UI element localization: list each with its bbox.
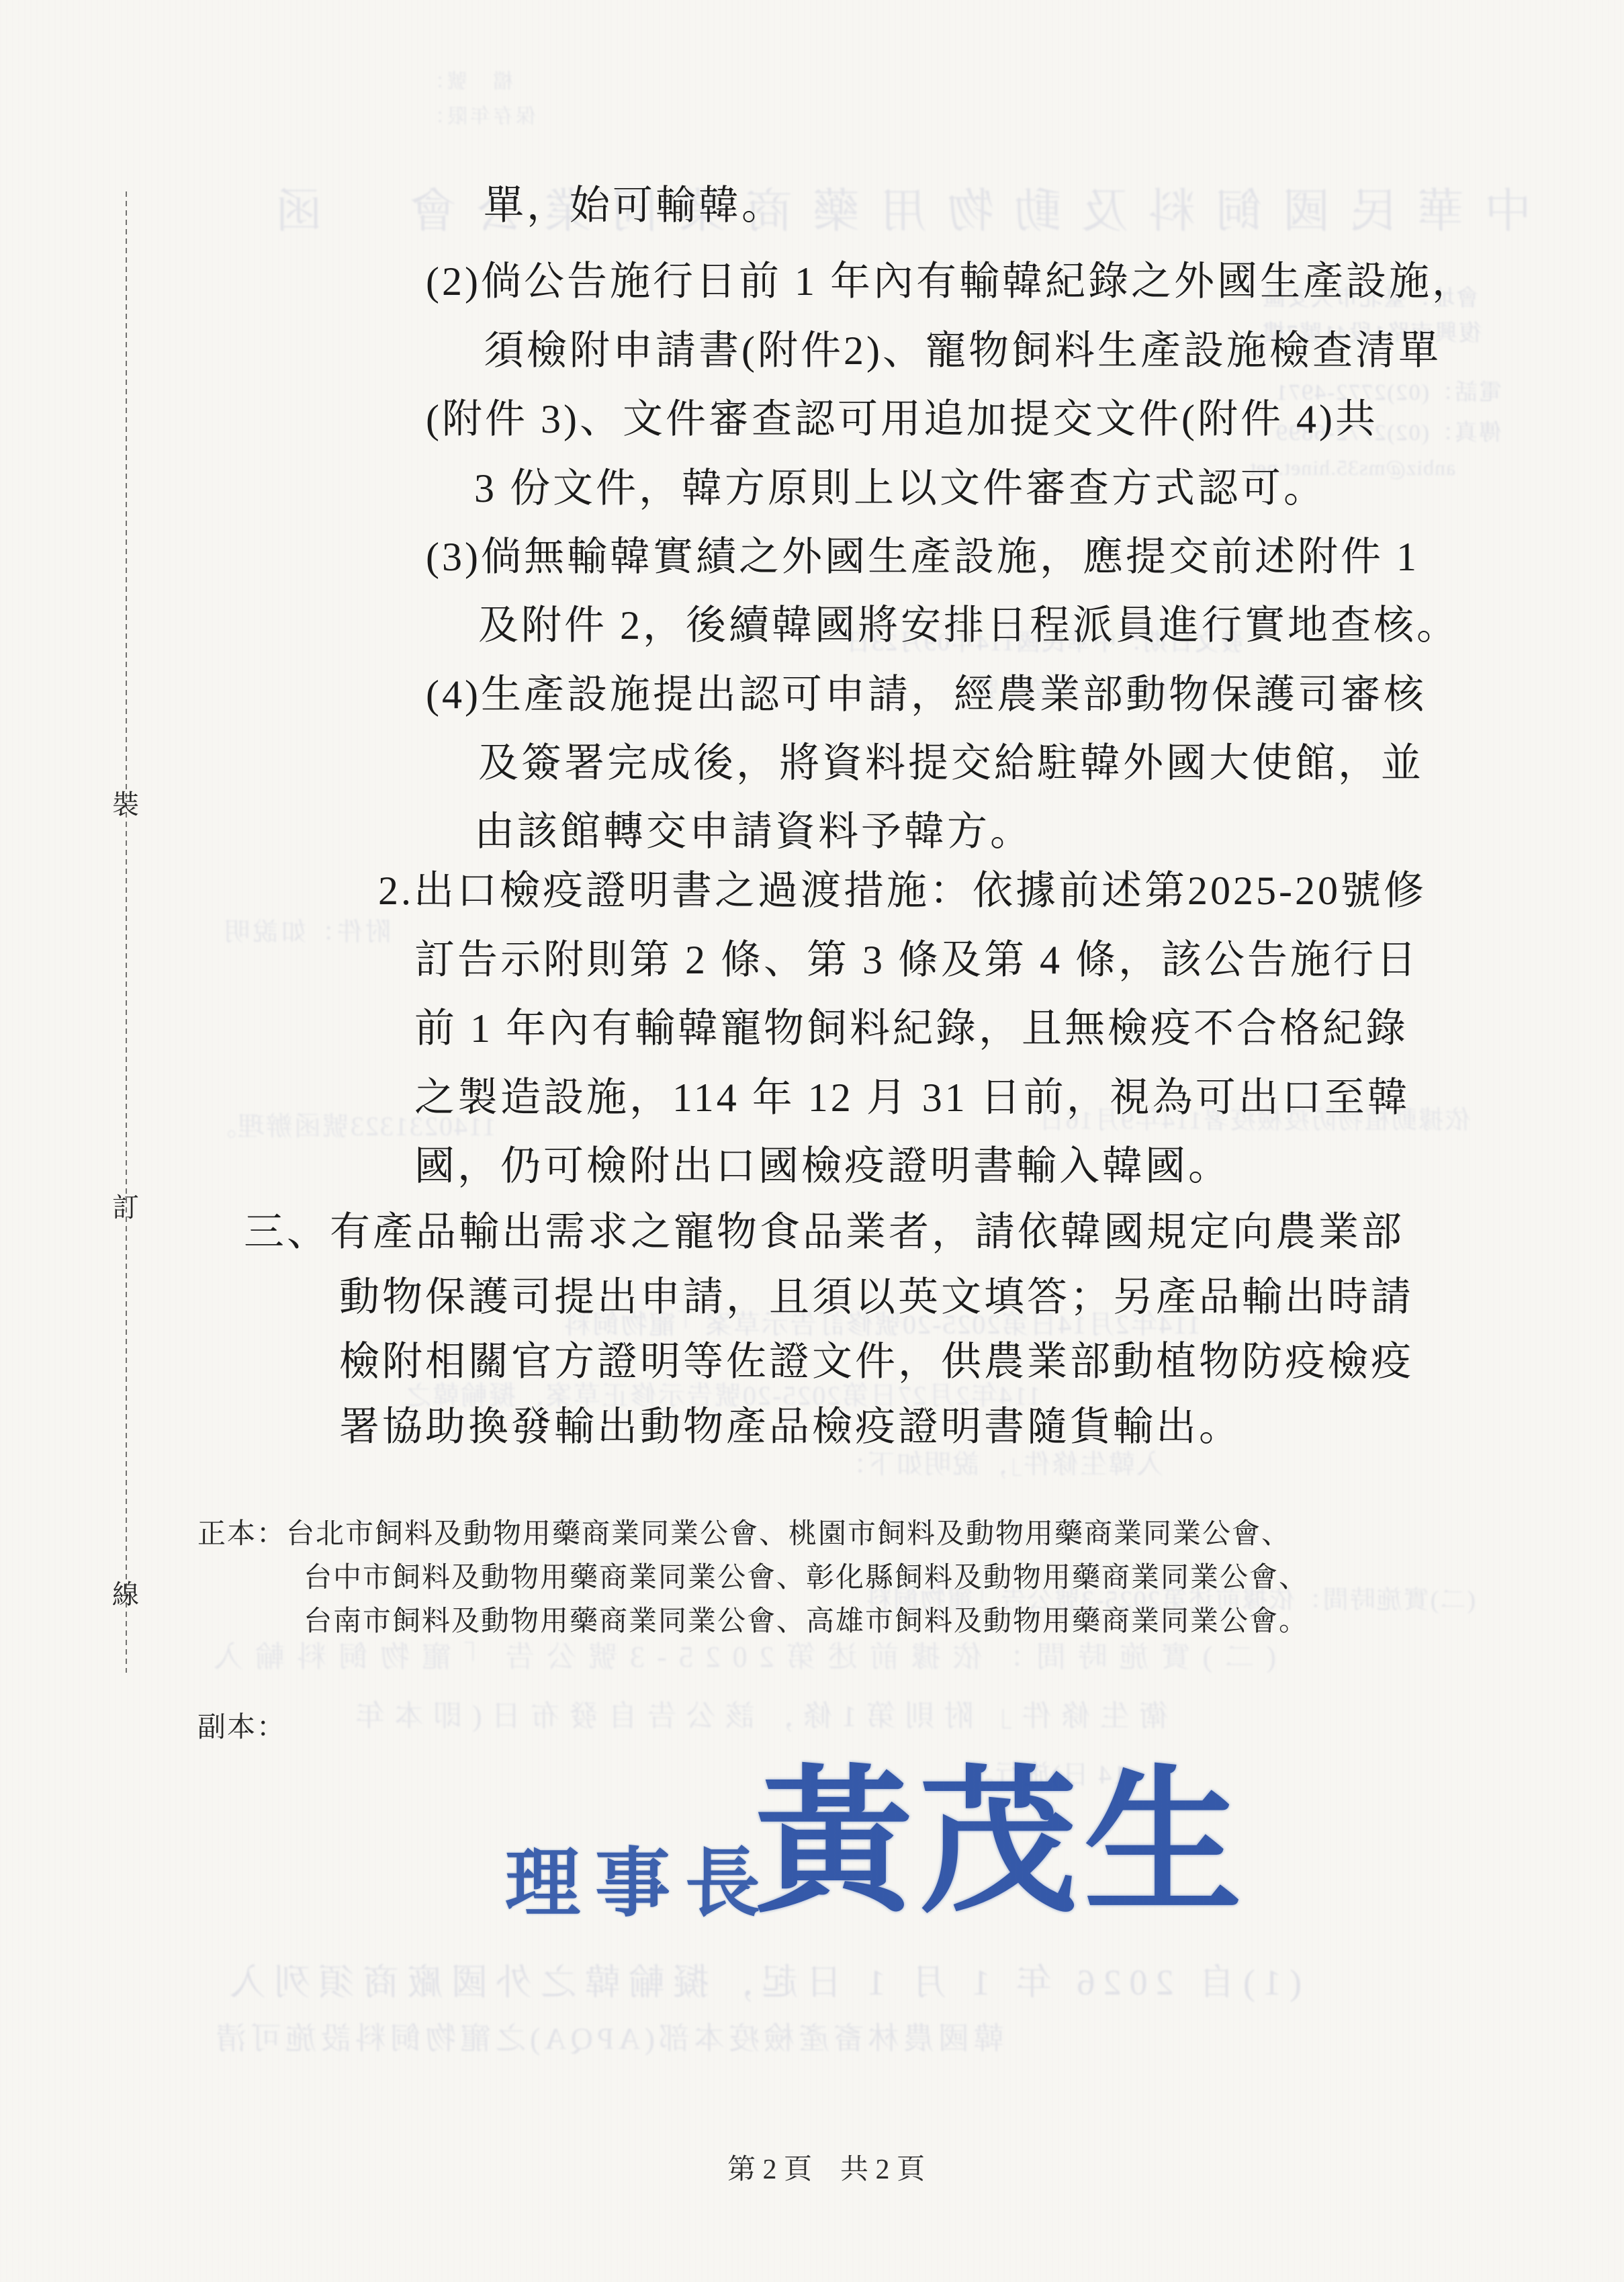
body-text-line: 及附件 2，後續韓國將安排日程派員進行實地查核。 [478, 603, 1459, 649]
page-number-footer: 第 2 頁 共 2 頁 [727, 2147, 925, 2187]
bleed-through-text: 保存年限： [422, 99, 536, 129]
chairman-signature-stamp: 黃茂生 [755, 1757, 1249, 1931]
bleed-through-text: 中華民國飼料及動物用藥商業同業公會 函 [255, 173, 1531, 241]
binding-dashed-line [126, 191, 127, 1673]
body-text-line: (4)生產設施提出認可申請，經農業部動物保護司審核 [426, 672, 1427, 718]
body-text-line: 單，始可輸韓。 [484, 183, 784, 229]
body-text-line: 訂告示附則第 2 條、第 3 條及第 4 條，該公告施行日 [414, 937, 1419, 983]
body-text-line: 須檢附申請書(附件2)、寵物飼料生產設施檢查清單 [484, 328, 1441, 374]
body-text-line: (3)倘無輸韓實績之外國生產設施，應提交前述附件 1 [426, 534, 1419, 580]
original-recipients-line: 台中市飼料及動物用藥商業同業公會、彰化縣飼料及動物用藥商業同業公會、 [304, 1555, 1308, 1595]
body-text-line: 前 1 年內有輸韓寵物飼料紀錄，且無檢疫不合格紀錄 [414, 1006, 1408, 1052]
bleed-through-text: 檔 號： [422, 64, 513, 94]
original-recipients-line: 台南市飼料及動物用藥商業同業公會、高雄市飼料及動物用藥商業同業公會。 [304, 1599, 1308, 1639]
body-text-line: 2.出口檢疫證明書之過渡措施：依據前述第2025-20號修 [378, 868, 1427, 914]
body-text-line: 之製造設施，114 年 12 月 31 日前，視為可出口至韓 [414, 1075, 1410, 1121]
body-text-line: 國，仍可檢附出口國檢疫證明書輸入韓國。 [414, 1143, 1231, 1190]
body-text-line: 3 份文件，韓方原則上以文件審查方式認可。 [474, 466, 1326, 512]
bleed-through-text: (1)自 2026 年 1 月 1 日起，擬輸韓之外國廠商須列入 [222, 1954, 1302, 2005]
body-text-line: 及簽署完成後，將資料提交給駐韓外國大使館，並 [478, 740, 1424, 787]
body-text-line: 署協助換發輸出動物產品檢疫證明書隨貨輸出。 [339, 1404, 1242, 1450]
body-text-line: 三、有產品輸出需求之寵物食品業者，請依韓國規定向農業部 [244, 1209, 1404, 1256]
binding-mark-ding: 訂 [109, 1186, 142, 1225]
chairman-title-stamp: 理事長 [505, 1823, 775, 1931]
bleed-through-text: 韓國農林畜產檢疫本部(APQA)之寵物飼料設施可清 [212, 2014, 1004, 2058]
binding-mark-xian: 線 [109, 1573, 142, 1612]
binding-mark-zhuang: 裝 [109, 783, 142, 822]
body-text-line: 由該館轉交申請資料予韓方。 [474, 809, 1033, 855]
bleed-through-text: 附件：如說明 [222, 911, 391, 948]
bleed-through-text: 衛生條件」附則第1條，該公告自發布日(即本年 [346, 1692, 1169, 1735]
scanned-letter-page: 中華民國飼料及動物用藥商業同業公會 函 檔 號： 保存年限： 會址：臺北市大安區… [0, 0, 1624, 2282]
body-text-line: 動物保護司提出申請，且須以英文填答；另產品輸出時請 [339, 1274, 1414, 1321]
body-text-line: (2)倘公告施行日前 1 年內有輸韓紀錄之外國生產設施， [426, 259, 1475, 305]
body-text-line: (附件 3)、文件審查認可用追加提交文件(附件 4)共 [426, 396, 1378, 443]
copy-recipients-label: 副本： [197, 1705, 286, 1745]
original-recipients-line: 正本：台北市飼料及動物用藥商業同業公會、桃園市飼料及動物用藥商業同業公會、 [197, 1511, 1291, 1552]
body-text-line: 檢附相關官方證明等佐證文件，供農業部動植物防疫檢疫 [339, 1339, 1414, 1385]
